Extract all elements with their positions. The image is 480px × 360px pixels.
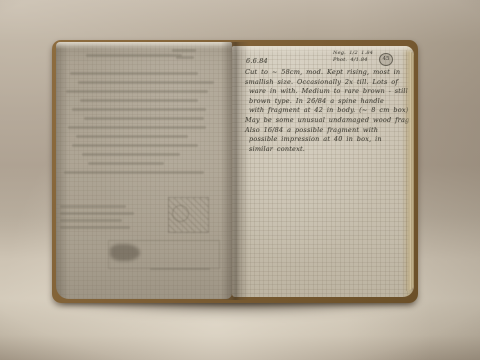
- bleedthrough-line: [84, 117, 204, 120]
- bleedthrough-line: [68, 126, 206, 129]
- handwriting-line: possible impression at 40 in box, in: [245, 135, 407, 145]
- bleedthrough-line: [78, 81, 214, 84]
- bleedthrough-line: [88, 162, 164, 165]
- date-annotation: 6.6.84: [246, 57, 268, 65]
- left-page: [56, 42, 232, 299]
- bleedthrough-line: [82, 153, 180, 156]
- bleedthrough-line: [60, 205, 126, 208]
- handwriting-line: ware in with. Medium to rare brown - sti…: [245, 87, 407, 97]
- photo-scene: 6.6.84 Neg. 1/2 1.84 Phot. 4/1.84 45 Cut…: [0, 0, 480, 360]
- bleedthrough-line: [72, 144, 198, 147]
- bleedthrough-smudge-sketch: [110, 244, 140, 261]
- handwriting-line: Cut to ~ 58cm, mod. Kept rising, most in: [245, 68, 407, 78]
- page-top-edge-highlight: [232, 46, 414, 53]
- photo-reference-line: Phot. 4/1.84: [333, 57, 373, 64]
- bleedthrough-line: [80, 99, 198, 102]
- page-edge-stack: [406, 50, 414, 291]
- bleedthrough-line: [64, 171, 204, 174]
- right-page: 6.6.84 Neg. 1/2 1.84 Phot. 4/1.84 45 Cut…: [232, 46, 414, 297]
- bleedthrough-circle-diagram: [172, 205, 189, 222]
- page-number-stamp: 45: [379, 53, 393, 66]
- handwriting-line: Also 16/84 a possible fragment with: [245, 126, 407, 136]
- bleedthrough-line: [86, 54, 182, 57]
- bleedthrough-line: [60, 219, 122, 222]
- bleedthrough-line: [150, 268, 210, 270]
- bleedthrough-line: [66, 90, 208, 93]
- bleedthrough-mark: [172, 49, 196, 52]
- handwriting-line: brown type. In 26/84 a spine handle: [245, 97, 407, 107]
- bleedthrough-line: [76, 135, 188, 138]
- bleedthrough-line: [72, 108, 206, 111]
- handwriting-line: smallish size. Occasionally 2x till. Lot…: [245, 78, 407, 88]
- bleed-through-layer: [56, 42, 232, 299]
- page-top-edge-highlight: [56, 42, 232, 49]
- handwritten-entry: Cut to ~ 58cm, mod. Kept rising, most in…: [245, 68, 407, 154]
- bleedthrough-line: [60, 212, 134, 215]
- handwriting-line: similar context.: [245, 145, 407, 155]
- handwriting-line: with fragment at 42 in body. (~ 8 cm box…: [245, 106, 407, 116]
- bleedthrough-line: [60, 226, 130, 229]
- bleedthrough-line: [70, 72, 198, 75]
- handwriting-line: May be some unusual undamaged wood fragm…: [245, 116, 407, 126]
